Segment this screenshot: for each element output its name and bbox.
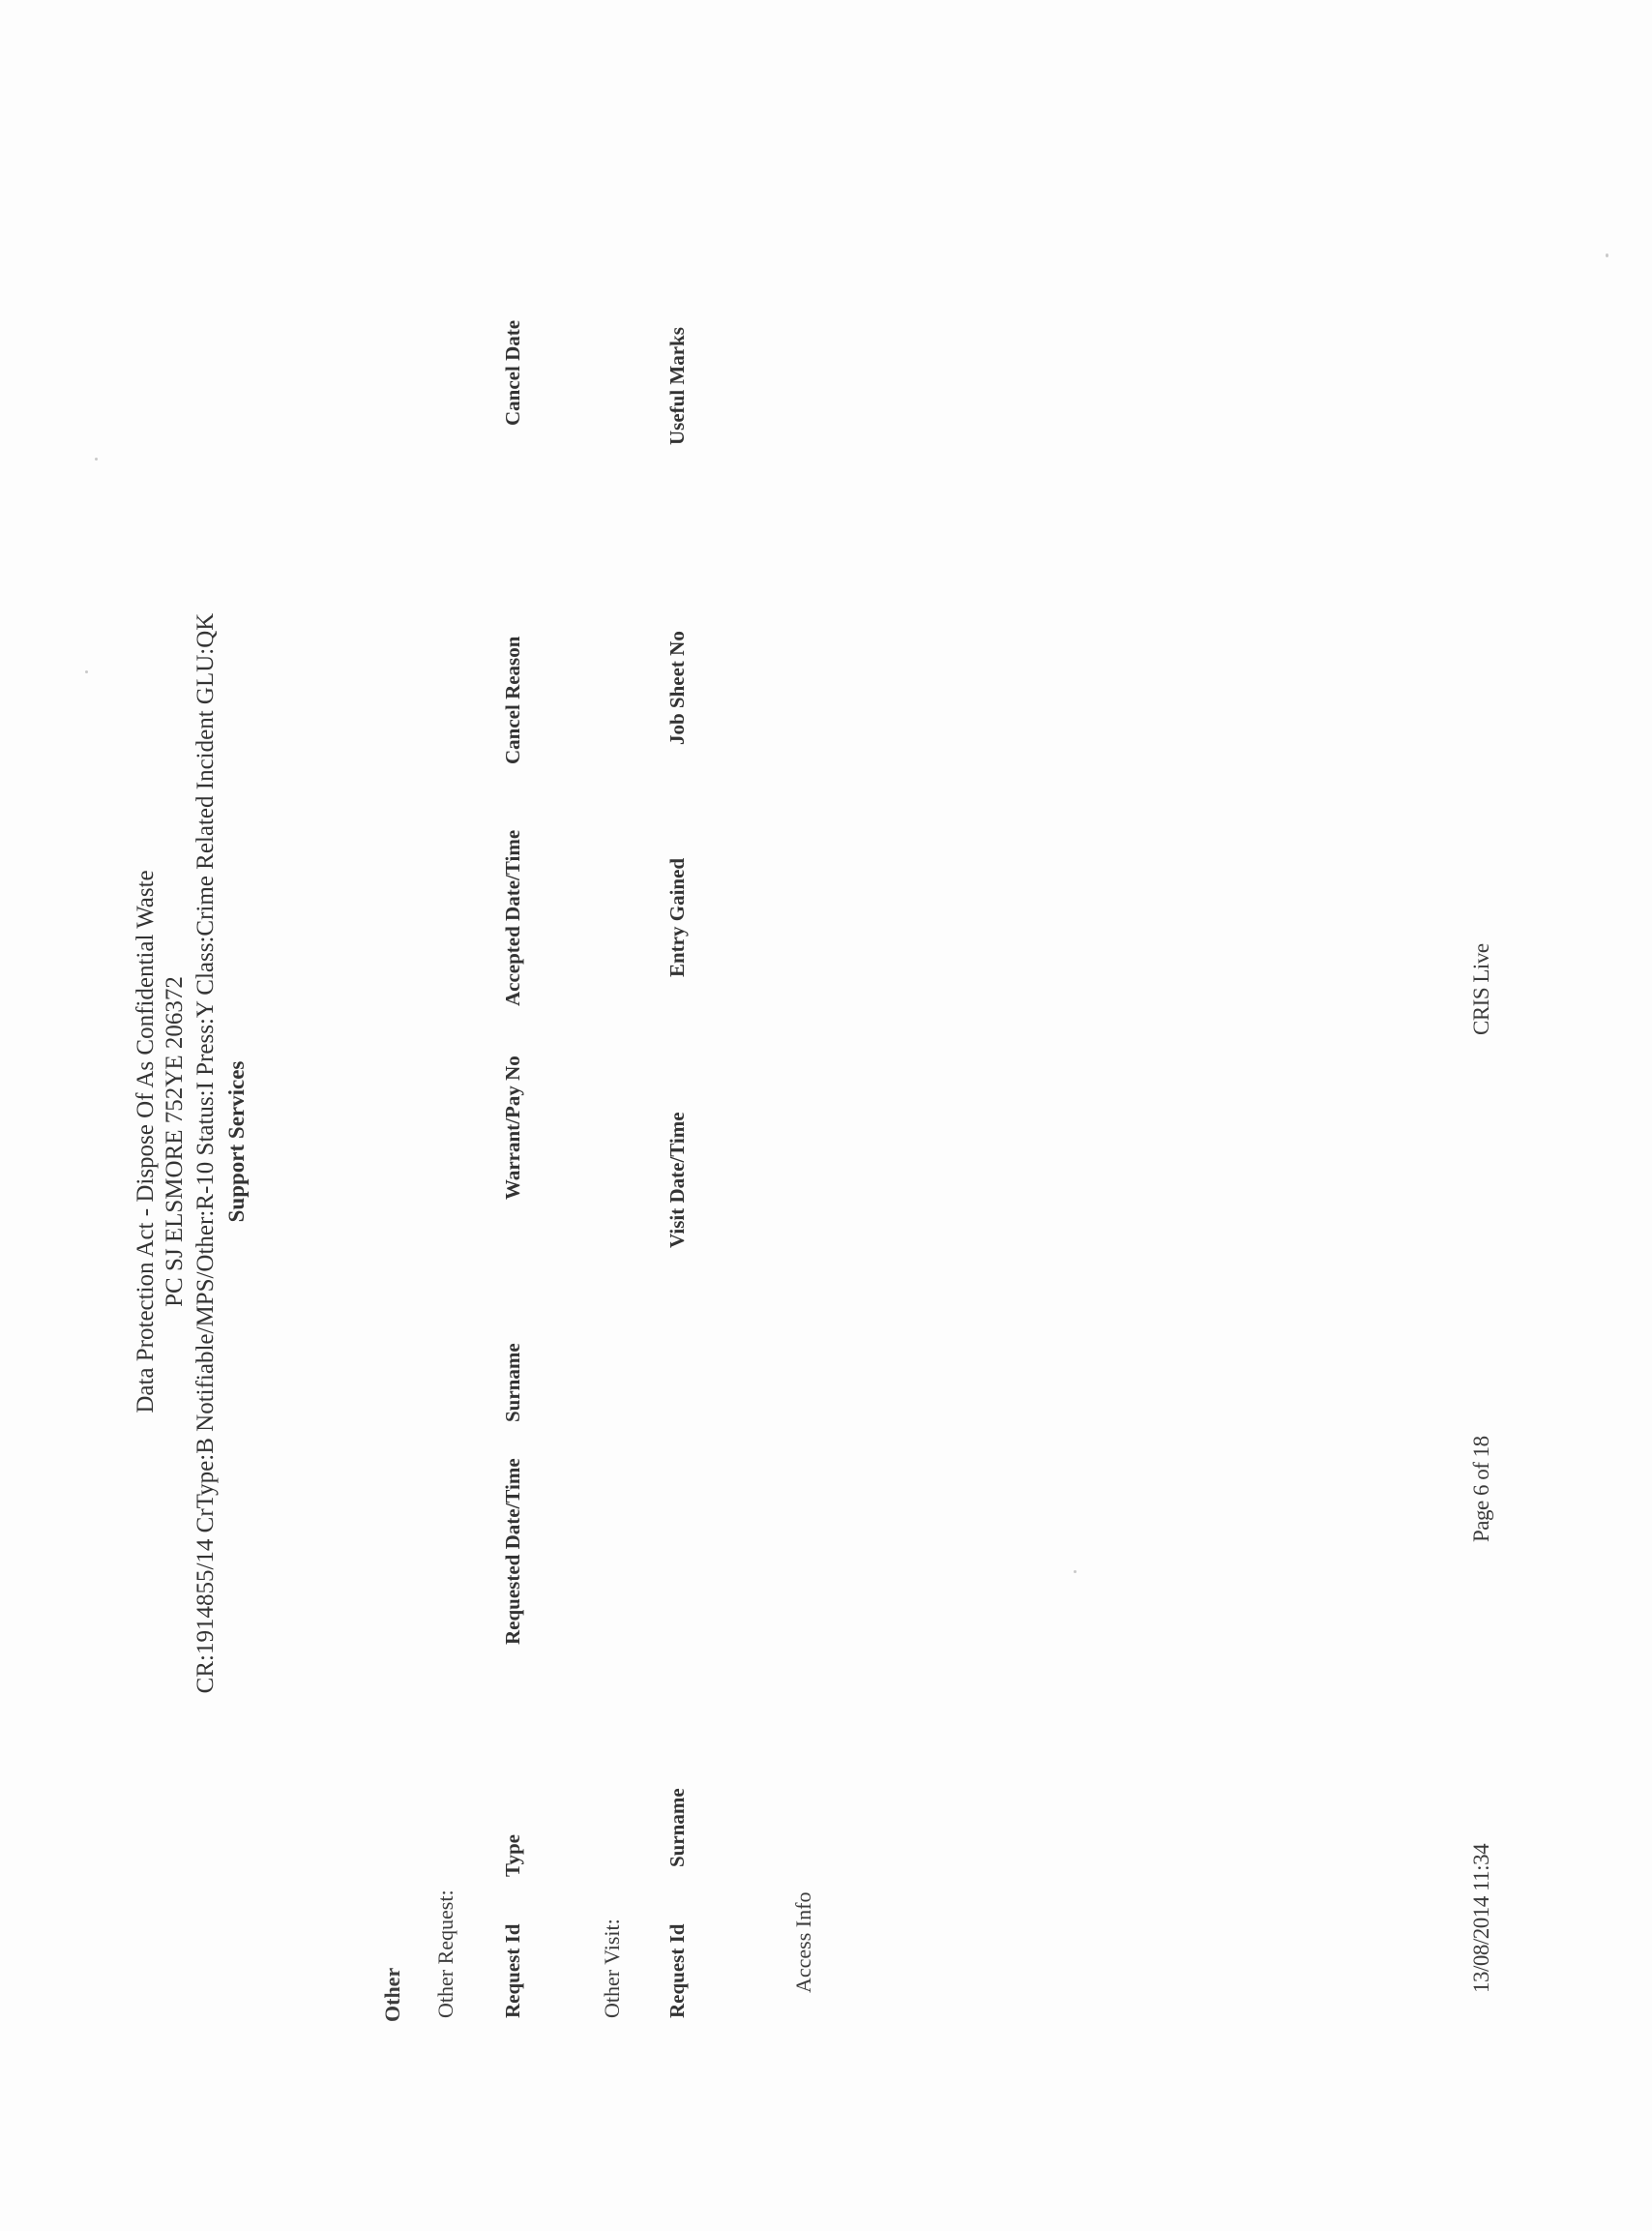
col-requested-date-time: Requested Date/Time	[503, 1458, 523, 1645]
footer-page-number: Page 6 of 18	[1470, 1436, 1492, 1542]
other-visit-label: Other Visit:	[602, 1919, 623, 2018]
col-visit-date-time: Visit Date/Time	[667, 1112, 688, 1248]
scan-speck	[1606, 253, 1608, 257]
scan-speck	[95, 458, 98, 461]
document-title: Data Protection Act - Dispose Of As Conf…	[133, 870, 158, 1413]
col-useful-marks: Useful Marks	[667, 327, 688, 445]
officer-line: PC SJ ELSMORE 752YE 206372	[162, 976, 187, 1307]
col-request-id: Request Id	[503, 1924, 523, 2018]
col-cancel-date: Cancel Date	[503, 320, 523, 426]
other-heading: Other	[382, 1968, 403, 2022]
col-accepted-date-time: Accepted Date/Time	[503, 830, 523, 1006]
document-page: Data Protection Act - Dispose Of As Conf…	[0, 0, 1652, 2231]
crime-reference-line: CR:1914855/14 CrType:B Notifiable/MPS/Ot…	[193, 613, 218, 1694]
col-warrant-pay-no: Warrant/Pay No	[503, 1056, 523, 1200]
scan-speck	[1074, 1570, 1077, 1573]
col-visit-request-id: Request Id	[667, 1924, 688, 2018]
col-job-sheet-no: Job Sheet No	[667, 631, 688, 745]
col-cancel-reason: Cancel Reason	[503, 637, 523, 764]
access-info-label: Access Info	[793, 1892, 814, 1993]
footer-system-name: CRIS Live	[1470, 943, 1492, 1035]
col-entry-gained: Entry Gained	[667, 858, 688, 977]
section-title: Support Services	[225, 1061, 248, 1223]
col-type: Type	[503, 1834, 523, 1877]
col-visit-surname: Surname	[667, 1788, 688, 1867]
col-surname: Surname	[503, 1343, 523, 1422]
footer-printed-timestamp: 13/08/2014 11:34	[1470, 1844, 1492, 1993]
other-request-label: Other Request:	[435, 1889, 457, 2018]
scan-speck	[85, 670, 88, 673]
